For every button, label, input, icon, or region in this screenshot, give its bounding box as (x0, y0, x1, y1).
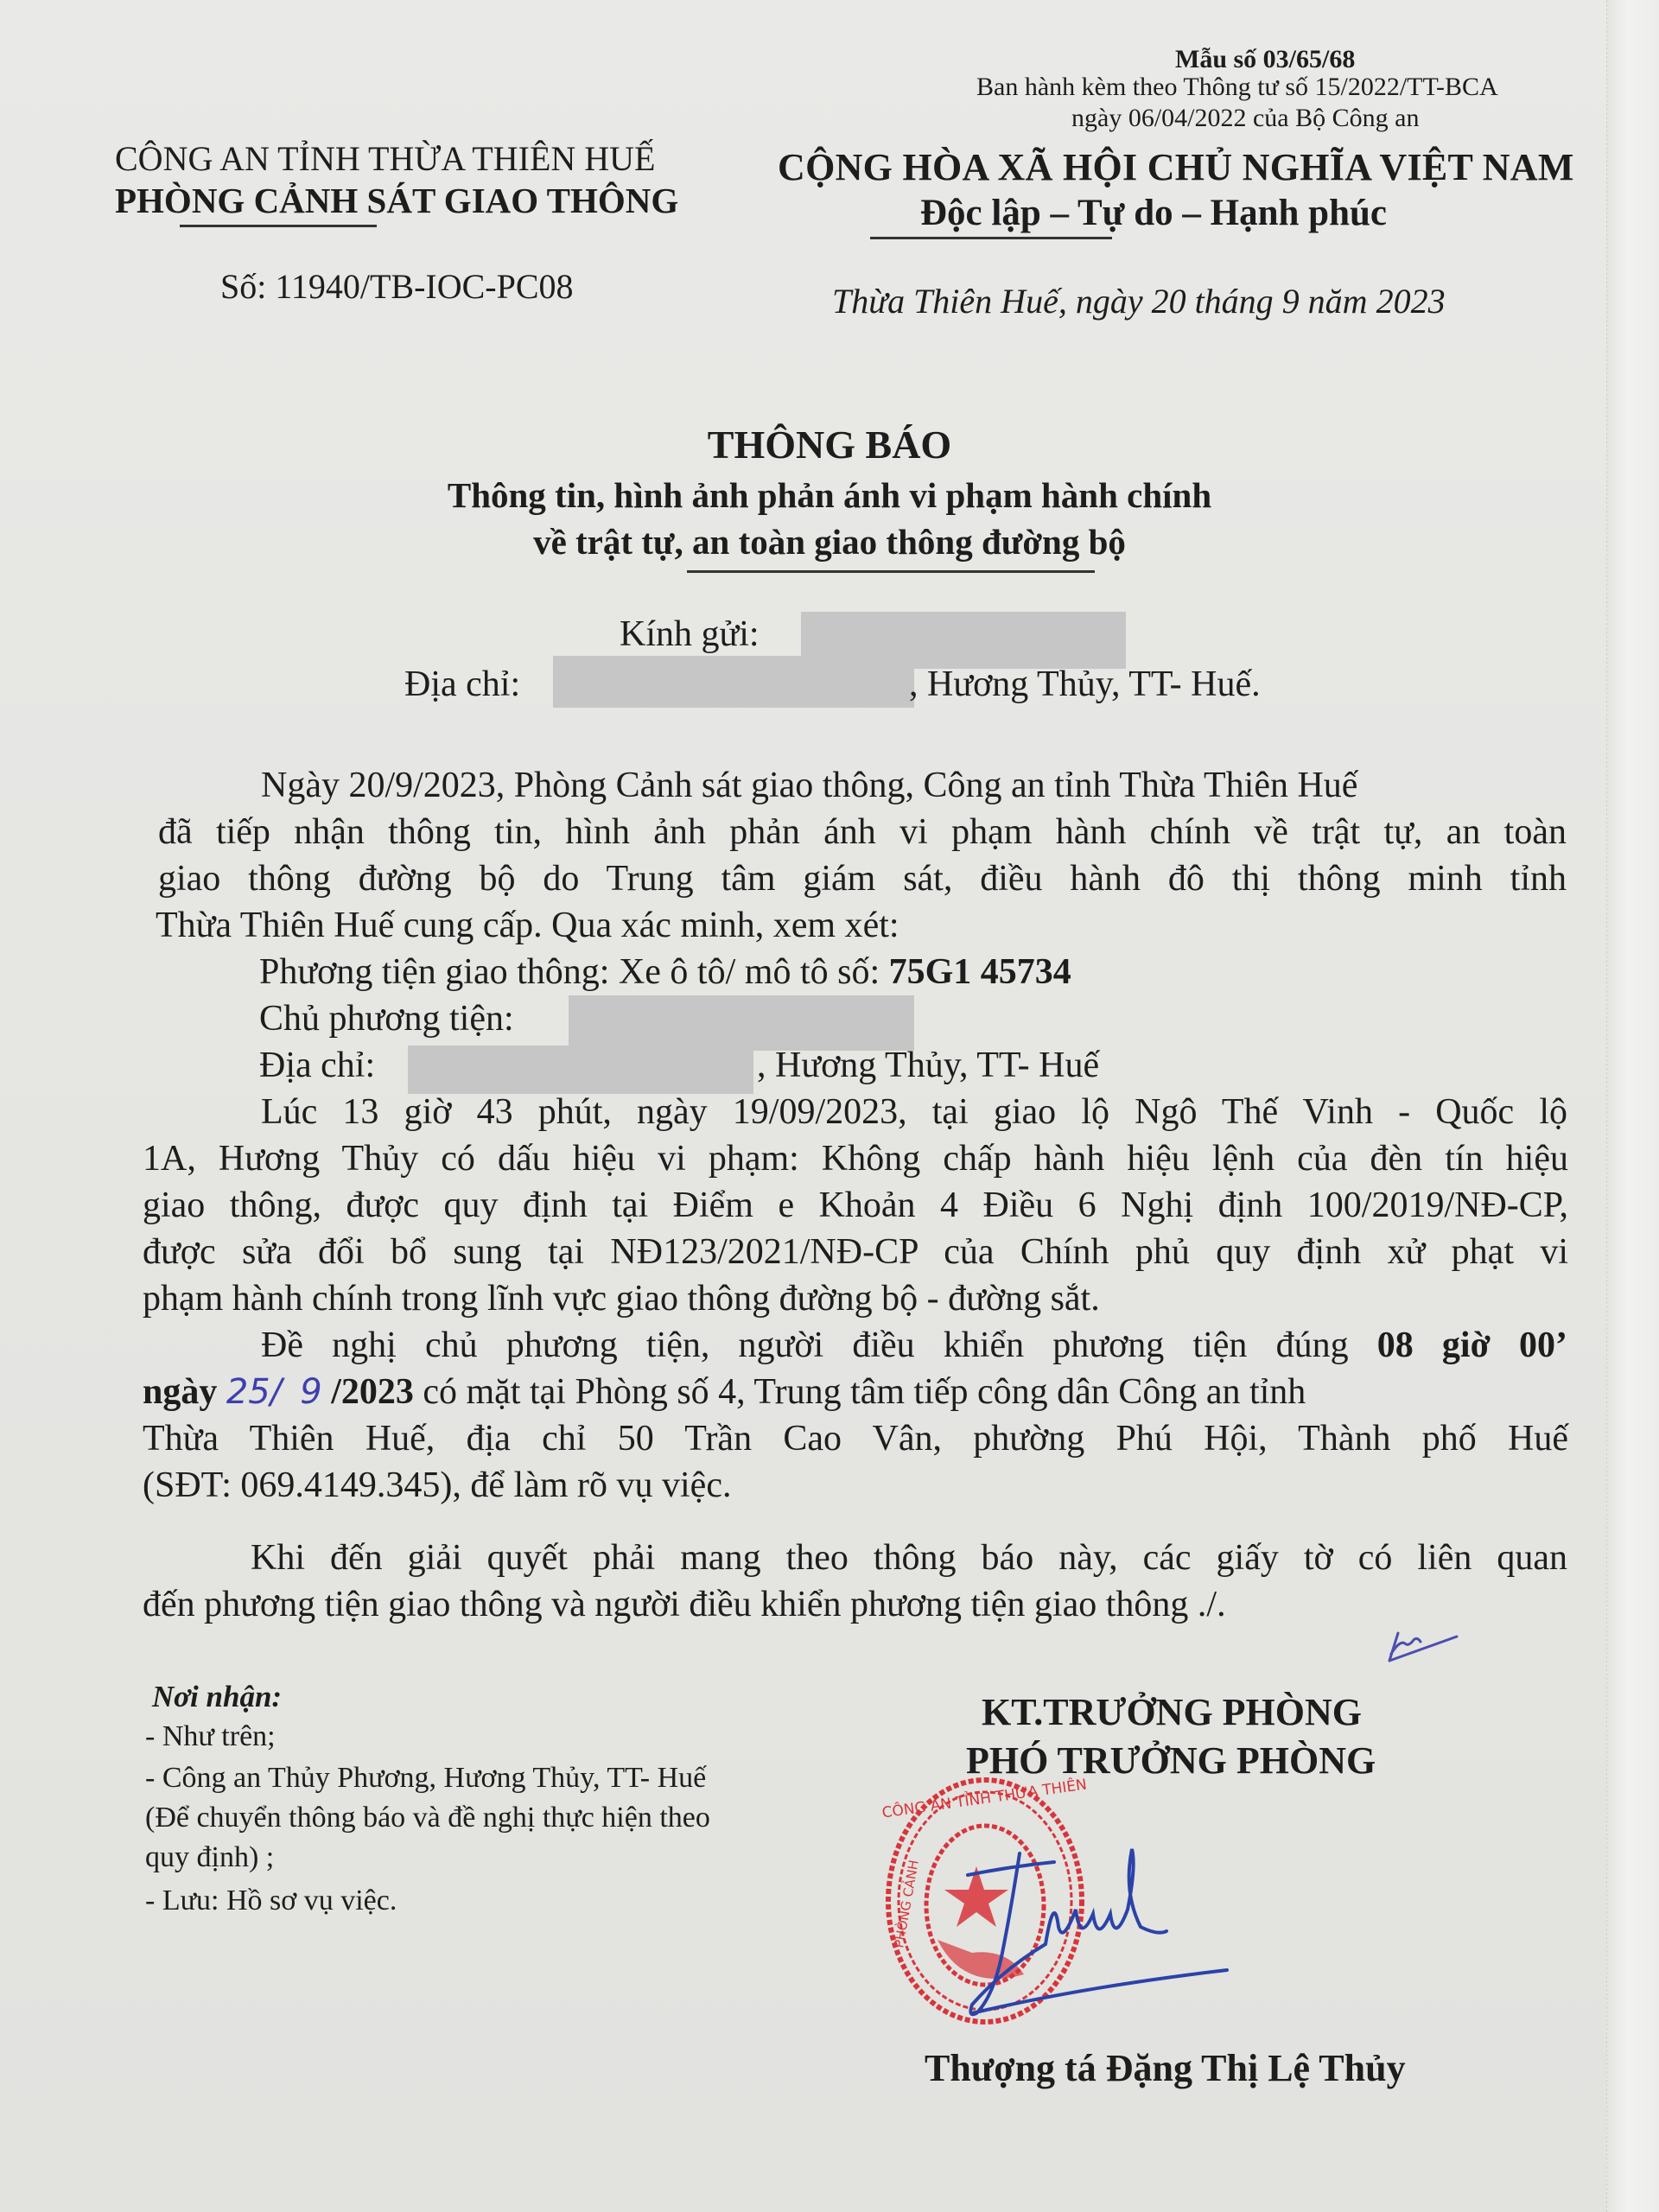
vehicle-label: Phương tiện giao thông: Xe ô tô/ mô tô s… (259, 952, 889, 992)
subtitle-underline (687, 570, 1095, 573)
recipient-item: - Như trên; (145, 1719, 276, 1754)
circular-date: ngày 06/04/2022 của Bộ Công an (1071, 104, 1419, 133)
para2-line3: giao thông, được quy định tại Điểm e Kho… (143, 1182, 1568, 1229)
recipient-item: - Công an Thủy Phương, Hương Thủy, TT- H… (145, 1761, 706, 1796)
place-date: Thừa Thiên Huế, ngày 20 tháng 9 năm 2023 (832, 281, 1446, 321)
recipient-item: quy định) ; (145, 1840, 274, 1875)
para3-line3: Thừa Thiên Huế, địa chỉ 50 Trần Cao Vân,… (143, 1415, 1568, 1462)
para3-line1-text: Đề nghị chủ phương tiện, người điều khiể… (261, 1325, 1377, 1365)
handwritten-month: 9 (300, 1372, 321, 1412)
agency-name: CÔNG AN TỈNH THỪA THIÊN HUẾ (115, 138, 655, 179)
para4-line2: đến phương tiện giao thông và người điều… (143, 1581, 1226, 1628)
redacted-recipient-address (553, 656, 914, 708)
svg-text:PHÒNG CẢNH: PHÒNG CẢNH (889, 1859, 922, 1949)
para1-line4: Thừa Thiên Huế cung cấp. Qua xác minh, x… (156, 902, 899, 949)
document-number: Số: 11940/TB-IOC-PC08 (220, 266, 574, 307)
recipients-title: Nơi nhận: (152, 1680, 282, 1714)
para1-line1: Ngày 20/9/2023, Phòng Cảnh sát giao thôn… (261, 762, 1357, 809)
motto-underline (870, 237, 1112, 239)
owner-label: Chủ phương tiện: (259, 995, 514, 1042)
owner-address-suffix: , Hương Thủy, TT- Huế (757, 1042, 1099, 1089)
license-plate: 75G1 45734 (889, 952, 1071, 992)
paper-edge (1606, 0, 1659, 2212)
department-underline (180, 225, 377, 227)
document-subtitle-line1: Thông tin, hình ảnh phản ánh vi phạm hàn… (0, 474, 1659, 516)
para3-line2: ngày 25/ 9 /2023 có mặt tại Phòng số 4, … (143, 1369, 1306, 1415)
document-subtitle-line2: về trật tự, an toàn giao thông đường bộ (0, 521, 1659, 563)
signing-authority: KT.TRƯỞNG PHÒNG (982, 1690, 1362, 1734)
to-label: Kính gửi: (620, 613, 760, 655)
department-name: PHÒNG CẢNH SÁT GIAO THÔNG (115, 180, 678, 221)
initial-mark-icon (1382, 1614, 1460, 1666)
vehicle-info: Phương tiện giao thông: Xe ô tô/ mô tô s… (259, 949, 1071, 995)
para2-line2: 1A, Hương Thủy có dấu hiệu vi phạm: Khôn… (143, 1135, 1568, 1182)
para1-line3: giao thông đường bộ do Trung tâm giám sá… (158, 855, 1567, 902)
recipient-item: (Để chuyển thông báo và đề nghị thực hiệ… (145, 1801, 710, 1835)
address-label: Địa chỉ: (404, 664, 520, 705)
signer-name: Thượng tá Đặng Thị Lệ Thủy (925, 2046, 1406, 2090)
owner-address-label: Địa chỉ: (259, 1042, 375, 1089)
appointment-year: /2023 (322, 1372, 414, 1412)
appointment-time: 08 giờ 00’ (1377, 1325, 1567, 1365)
country-name: CỘNG HÒA XÃ HỘI CHỦ NGHĨA VIỆT NAM (778, 145, 1574, 189)
address-suffix: , Hương Thủy, TT- Huế. (909, 664, 1261, 705)
handwritten-day: 25/ (226, 1372, 282, 1412)
para2-line4: được sửa đổi bổ sung tại NĐ123/2021/NĐ-C… (143, 1229, 1568, 1275)
handwritten-signature-icon (950, 1840, 1244, 2022)
redacted-owner-address (408, 1046, 753, 1094)
recipient-item: - Lưu: Hồ sơ vụ việc. (145, 1884, 397, 1918)
issued-with-circular: Ban hành kèm theo Thông tư số 15/2022/TT… (976, 73, 1498, 102)
para4-line1: Khi đến giải quyết phải mang theo thông … (251, 1535, 1567, 1581)
para3-line4: (SĐT: 069.4149.345), để làm rõ vụ việc. (143, 1462, 731, 1509)
para1-line2: đã tiếp nhận thông tin, hình ảnh phản án… (158, 809, 1567, 855)
para2-line5: phạm hành chính trong lĩnh vực giao thôn… (143, 1275, 1100, 1322)
para3-line2-text: có mặt tại Phòng số 4, Trung tâm tiếp cô… (414, 1372, 1306, 1412)
form-number: Mẫu số 03/65/68 (1175, 45, 1355, 74)
document-title: THÔNG BÁO (0, 422, 1659, 467)
para3-line1: Đề nghị chủ phương tiện, người điều khiể… (261, 1322, 1567, 1369)
national-motto: Độc lập – Tự do – Hạnh phúc (920, 192, 1387, 234)
day-label: ngày (143, 1372, 226, 1412)
para2-line1: Lúc 13 giờ 43 phút, ngày 19/09/2023, tại… (261, 1089, 1567, 1135)
